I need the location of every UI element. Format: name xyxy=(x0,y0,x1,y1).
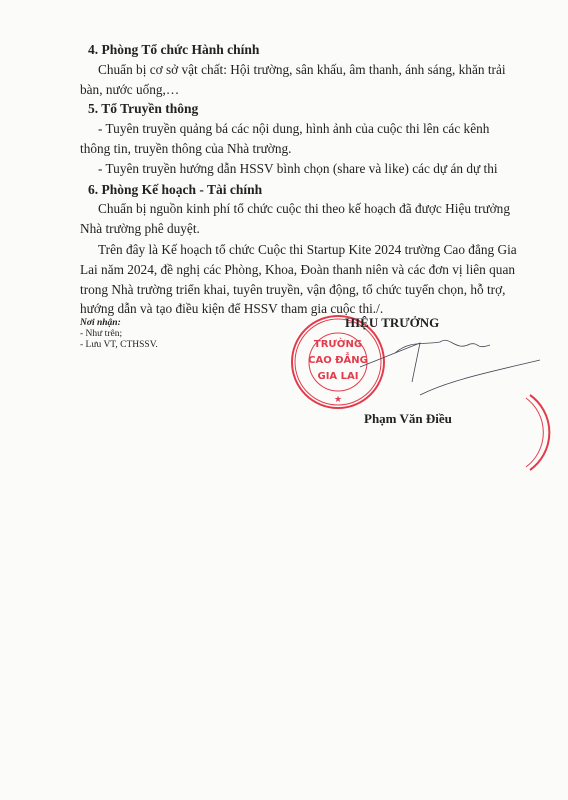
official-stamp: TRƯỜNG CAO ĐẲNG GIA LAI ★ xyxy=(292,316,549,470)
signature-title: HIỆU TRƯỞNG xyxy=(345,315,439,331)
svg-text:GIA LAI: GIA LAI xyxy=(318,371,359,382)
signer-name: Phạm Văn Điều xyxy=(364,411,452,427)
stamp-and-signature: TRƯỜNG CAO ĐẲNG GIA LAI ★ xyxy=(0,0,568,800)
document-page: 4. Phòng Tổ chức Hành chính Chuẩn bị cơ … xyxy=(0,0,568,800)
svg-text:TRƯỜNG: TRƯỜNG xyxy=(314,337,362,350)
svg-text:★: ★ xyxy=(334,394,342,404)
svg-text:CAO ĐẲNG: CAO ĐẲNG xyxy=(308,351,368,366)
